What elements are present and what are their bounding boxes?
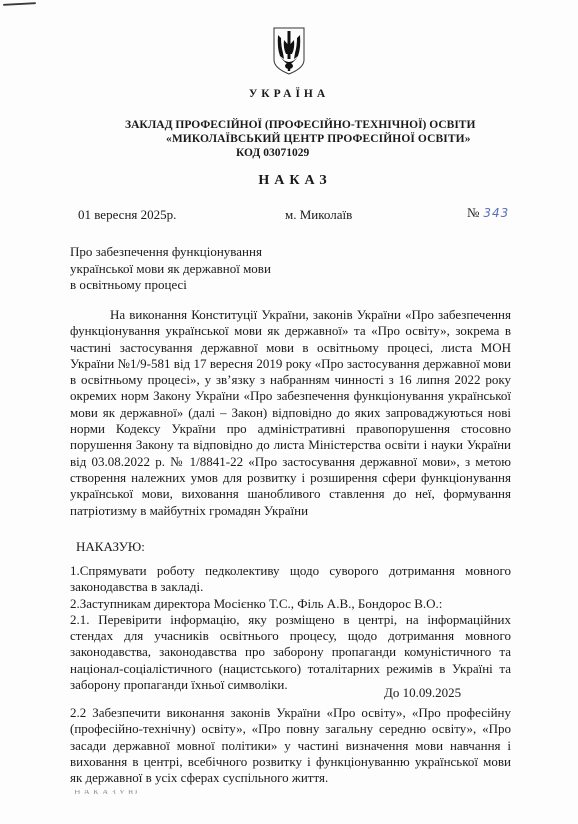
document-page: УКРАЇНА ЗАКЛАД ПРОФЕСІЙНОЇ (ПРОФЕСІЙНО-Т…: [0, 0, 578, 824]
item-line: засади державної мовної політики» у част…: [70, 738, 511, 754]
subject-line: української мови як державної мови: [70, 261, 271, 278]
item-line: законодавства в закладі.: [70, 579, 511, 595]
order-date: 01 вересня 2025р.: [78, 207, 176, 223]
number-sign: №: [467, 205, 479, 220]
item-line: (професійно-технічну) освіту», «Про повн…: [70, 721, 511, 737]
pen-stroke-mark: [3, 2, 36, 6]
item-line: як державної в усіх сферах суспільного ж…: [70, 770, 511, 786]
item-line: стендах для учасників освітнього процесу…: [70, 628, 511, 644]
order-number: №343: [467, 205, 509, 221]
institution-name-line2: «МИКОЛАЇВСЬКИЙ ЦЕНТР ПРОФЕСІЙНОЇ ОСВІТИ»: [166, 133, 471, 145]
page-cut-off-text: НАКАЗУЮ: [74, 790, 144, 794]
item-line: законодавства, законодавства про заборон…: [70, 644, 511, 660]
item-line: 2.Заступникам директора Мосієнко Т.С., Ф…: [70, 596, 511, 612]
item-line: націонал-соціалістичного (нацистського) …: [70, 661, 511, 677]
preamble-paragraph: На виконання Конституції України, законі…: [70, 307, 511, 519]
paragraph-line: в освітньому процесі», у зв’язку з набра…: [70, 372, 511, 388]
order-item-2-2: 2.2 Забезпечити виконання законів Україн…: [70, 705, 511, 786]
institution-code: КОД 03071029: [236, 147, 309, 159]
paragraph-line: мови як державної» (далі – Закон) відпов…: [70, 405, 511, 421]
paragraph-line: порушення Закону та відповідно до листа …: [70, 437, 511, 453]
paragraph-line: від 03.08.2022 р. № 1/8841-22 «Про засто…: [70, 454, 511, 470]
paragraph-line: української мови, виховання шанобливого …: [70, 486, 511, 502]
document-type-title: НАКАЗ: [0, 173, 578, 189]
order-subject: Про забезпечення функціонування українсь…: [70, 244, 271, 294]
item-line: виховання в центрі, всебічного розвитку …: [70, 754, 511, 770]
item-deadline: До 10.09.2025: [384, 685, 461, 701]
country-heading: УКРАЇНА: [0, 88, 578, 100]
paragraph-line: створення належних умов для розвитку і р…: [70, 470, 511, 486]
institution-name-line1: ЗАКЛАД ПРОФЕСІЙНОЇ (ПРОФЕСІЙНО-ТЕХНІЧНОЇ…: [125, 119, 475, 131]
paragraph-line: частині застосування державної мови в ос…: [70, 340, 511, 356]
paragraph-line: патріотизму в майбутніх громадян України: [70, 503, 511, 519]
item-line: 2.1. Перевірити інформацію, яку розміщен…: [70, 612, 511, 628]
paragraph-line: функціонування української мови як держа…: [70, 323, 511, 339]
subject-line: Про забезпечення функціонування: [70, 244, 271, 261]
order-directive-heading: НАКАЗУЮ:: [76, 539, 145, 555]
subject-line: в освітньому процесі: [70, 277, 271, 294]
item-line: 1.Спрямувати роботу педколективу щодо су…: [70, 563, 511, 579]
paragraph-line: України №1/9-581 від 17 вересня 2019 рок…: [70, 356, 511, 372]
handwritten-number: 343: [483, 206, 509, 220]
paragraph-line: норми Кодексу України про адміністративн…: [70, 421, 511, 437]
coat-of-arms-icon: [272, 26, 306, 76]
paragraph-line: На виконання Конституції України, законі…: [70, 307, 511, 323]
order-city: м. Миколаїв: [285, 207, 352, 223]
order-items: 1.Спрямувати роботу педколективу щодо су…: [70, 563, 511, 693]
item-line: 2.2 Забезпечити виконання законів Україн…: [70, 705, 511, 721]
paragraph-line: окремих норм Закону України «Про забезпе…: [70, 388, 511, 404]
